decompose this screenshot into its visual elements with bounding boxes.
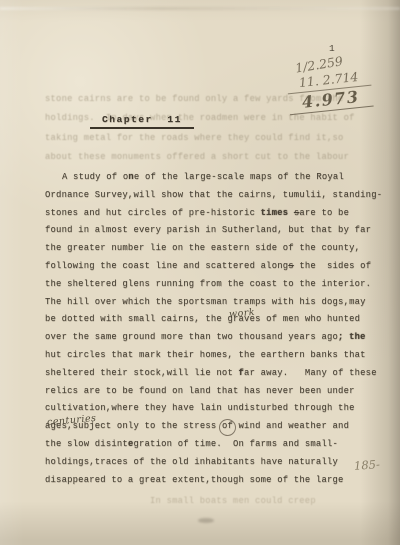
body-text: of	[222, 421, 233, 431]
body-text: the sheltered glens running from the coa…	[45, 279, 371, 289]
pencil-calculation: 1/2.259 11. 2.714 4.973	[284, 52, 373, 115]
body-text: following the coast line and scattered a…	[45, 261, 288, 271]
body-text: ar away. Many of these	[244, 368, 377, 378]
body-text: relics are to be found on land that has …	[45, 386, 355, 396]
body-text: hut circles that mark their homes, the e…	[45, 350, 366, 360]
body-text: wind and weather and	[233, 421, 349, 431]
typed-body: A study of one of the large-scale maps o…	[45, 169, 385, 489]
body-line: relics are to be found on land that has …	[45, 383, 385, 401]
body-line: disappeared to a great extent,though som…	[45, 472, 385, 490]
body-line: The hill over which the sportsman tramps…	[45, 294, 385, 312]
body-text: sheltered their stock,will lie not	[45, 368, 239, 378]
body-line: following the coast line and scattered a…	[45, 258, 385, 276]
body-text: over the same ground more than two thous…	[45, 332, 338, 342]
body-text: be dotted with small cairns, the	[45, 314, 227, 324]
margin-note: 185-	[354, 457, 381, 473]
ghost-showthrough-line: In small boats men could creep	[150, 496, 316, 506]
manuscript-page: stone cairns are to be found only a few …	[0, 0, 400, 545]
body-line: the greater number lie on the eastern si…	[45, 240, 385, 258]
body-text: are to be	[299, 208, 349, 218]
body-line: Ordnance Survey,will show that the cairn…	[45, 187, 385, 205]
body-line: found in almost every parish in Sutherla…	[45, 222, 385, 240]
body-text: e of the large-scale maps of the Royal	[134, 172, 344, 182]
body-line: be dotted with small cairns, the gravesw…	[45, 311, 385, 329]
body-text: graveswork	[227, 314, 260, 324]
body-line: A study of one of the large-scale maps o…	[45, 169, 385, 187]
body-text: of men who hunted	[261, 314, 361, 324]
page-number: 1	[329, 43, 335, 54]
body-text: The hill over which the sportsman tramps…	[45, 297, 366, 307]
body-line: sheltered their stock,will lie not far a…	[45, 365, 385, 383]
body-line: stones and hut circles of pre-historic t…	[45, 205, 385, 223]
handwritten-insertion: work	[229, 304, 257, 324]
chapter-heading: Chapter 11	[90, 114, 194, 129]
ghost-line: taking metal for the roads where they co…	[45, 129, 375, 148]
body-text: the	[349, 332, 366, 342]
body-line: the sheltered glens running from the coa…	[45, 276, 385, 294]
body-text: the slow disint	[45, 439, 128, 449]
body-text: Ordnance Survey,will show that the cairn…	[45, 190, 382, 200]
ghost-line: about these monuments offered a short cu…	[45, 148, 375, 167]
body-text: stones and hut circles of pre-historic	[45, 208, 261, 218]
body-text: agescenturies	[45, 421, 67, 431]
body-line: agescenturies,subject only to the stress…	[45, 418, 385, 436]
body-text: the sides of	[294, 261, 371, 271]
body-text: A study of o	[62, 172, 128, 182]
body-text: times	[261, 208, 289, 218]
body-line: the slow disintegration of time. On farm…	[45, 436, 385, 454]
body-text: disappeared to a great extent,though som…	[45, 475, 344, 485]
paper-crease	[0, 7, 400, 10]
body-text: the greater number lie on the eastern si…	[45, 243, 360, 253]
ink-smudge	[198, 518, 214, 523]
body-line: over the same ground more than two thous…	[45, 329, 385, 347]
body-text: holdings,traces of the old inhabitants h…	[45, 457, 338, 467]
body-text: gration of time. On farms and small-	[133, 439, 338, 449]
body-line: hut circles that mark their homes, the e…	[45, 347, 385, 365]
body-text: found in almost every parish in Sutherla…	[45, 225, 371, 235]
body-line: holdings,traces of the old inhabitants h…	[45, 454, 385, 472]
